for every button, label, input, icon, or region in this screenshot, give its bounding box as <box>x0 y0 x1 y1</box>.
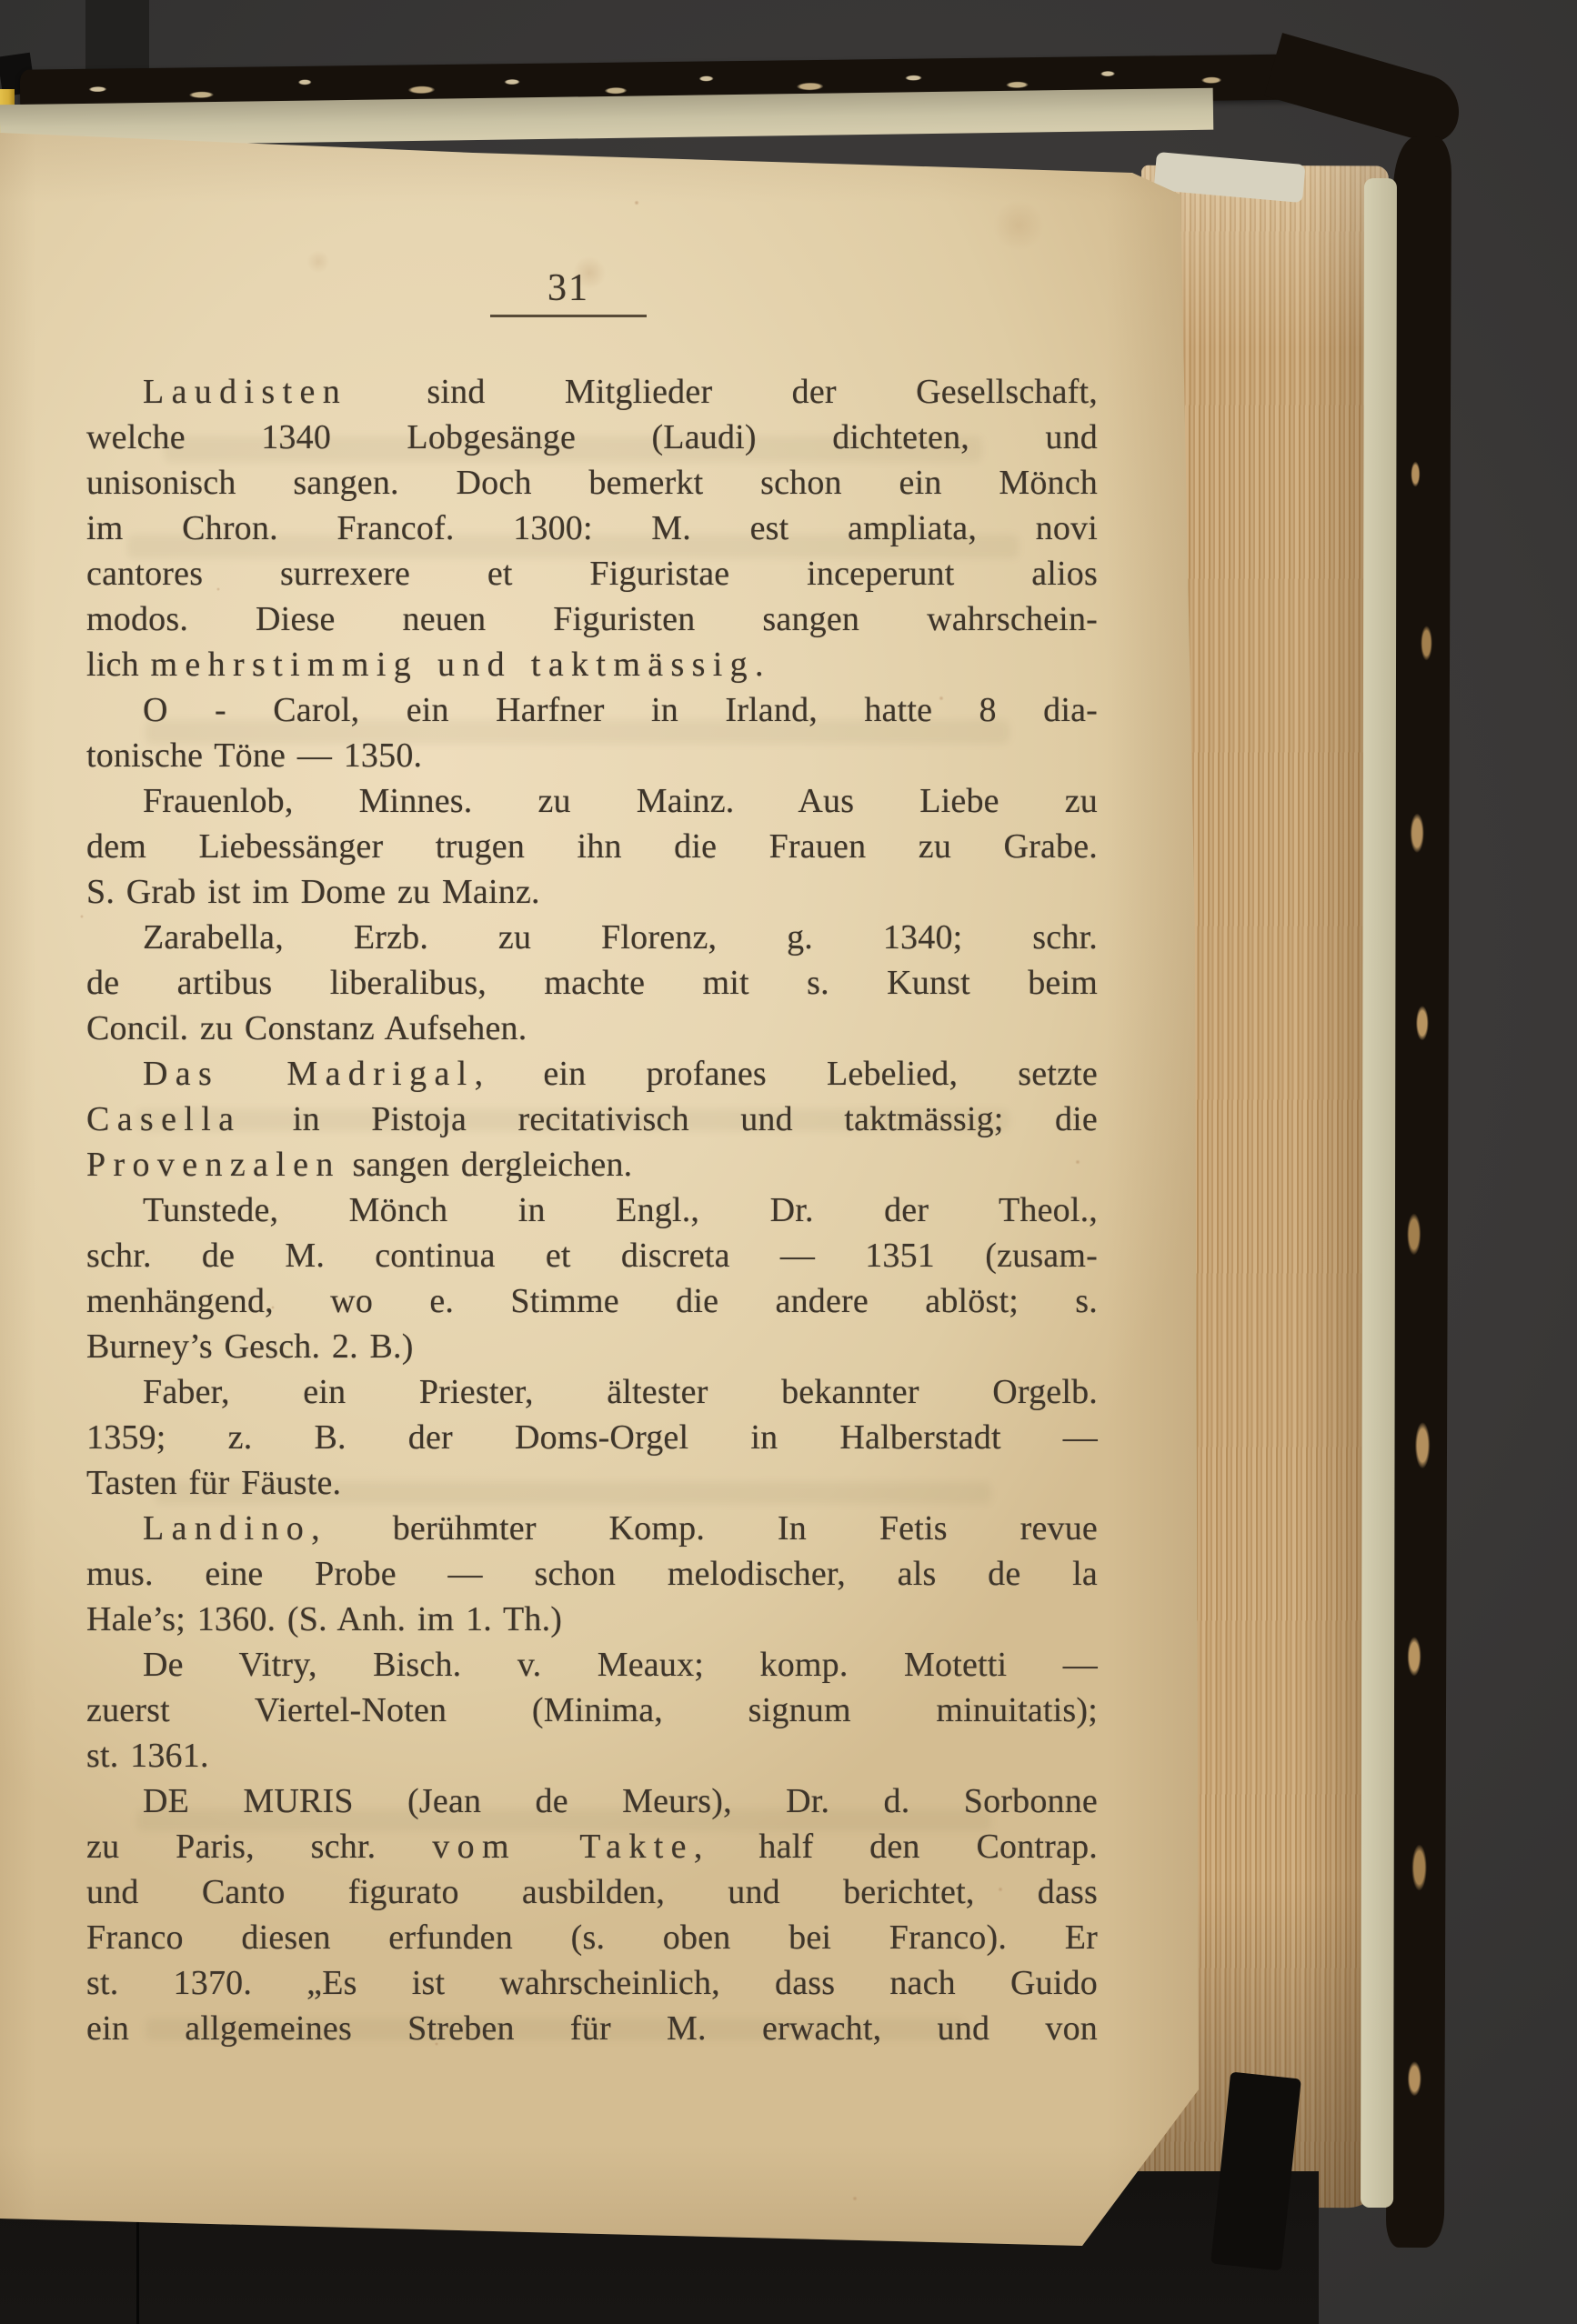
text-segment: zuerst Viertel-Noten (Minima, signum min… <box>86 1691 1098 1729</box>
text-segment: , ein profanes Lebelied, setzte <box>475 1055 1098 1093</box>
letterspaced-text: Provenzalen <box>86 1146 341 1184</box>
text-line: unisonisch sangen. Doch bemerkt schon ei… <box>86 460 1098 506</box>
text-segment: Tunstede, Mönch in Engl., Dr. der Theol.… <box>143 1191 1098 1229</box>
text-segment: de artibus liberalibus, machte mit s. Ku… <box>86 964 1098 1002</box>
text-segment: mus. eine Probe — schon melodischer, als… <box>86 1555 1098 1593</box>
text-line: S. Grab ist im Dome zu Mainz. <box>86 869 1098 915</box>
paragraph: O - Carol, ein Harfner in Irland, hatte … <box>86 687 1098 778</box>
text-line: Landino, berühmter Komp. In Fetis revue <box>86 1506 1098 1551</box>
paragraph: De Vitry, Bisch. v. Meaux; komp. Motetti… <box>86 1642 1098 1778</box>
text-line: und Canto figurato ausbilden, und berich… <box>86 1869 1098 1915</box>
text-segment: in Pistoja recitativisch und taktmässig;… <box>241 1100 1098 1138</box>
text-line: Hale’s; 1360. (S. Anh. im 1. Th.) <box>86 1597 1098 1642</box>
letterspaced-text: Landino <box>143 1509 311 1548</box>
text-line: 1359; z. B. der Doms-Orgel in Halberstad… <box>86 1415 1098 1460</box>
text-line: mus. eine Probe — schon melodischer, als… <box>86 1551 1098 1597</box>
text-line: lich mehrstimmig und taktmässig. <box>86 642 1098 687</box>
text-segment: Tasten für Fäuste. <box>86 1464 341 1502</box>
text-segment: Faber, ein Priester, ältester bekannter … <box>143 1373 1098 1411</box>
text-line: Franco diesen erfunden (s. oben bei Fran… <box>86 1915 1098 1960</box>
paragraph: Faber, ein Priester, ältester bekannter … <box>86 1369 1098 1506</box>
text-segment: S. Grab ist im Dome zu Mainz. <box>86 873 540 911</box>
text-line: De Vitry, Bisch. v. Meaux; komp. Motetti… <box>86 1642 1098 1688</box>
text-line: schr. de M. continua et discreta — 1351 … <box>86 1233 1098 1278</box>
text-segment: sangen dergleichen. <box>341 1146 633 1184</box>
text-segment: welche 1340 Lobgesänge (Laudi) dichteten… <box>86 418 1098 456</box>
text-line: cantores surrexere et Figuristae inceper… <box>86 551 1098 596</box>
text-line: O - Carol, ein Harfner in Irland, hatte … <box>86 687 1098 733</box>
text-segment: sind Mitglieder der Gesellschaft, <box>347 373 1098 411</box>
text-segment: O - Carol, ein Harfner in Irland, hatte … <box>143 691 1098 729</box>
text-segment: Frauenlob, Minnes. zu Mainz. Aus Liebe z… <box>143 782 1098 820</box>
text-line: welche 1340 Lobgesänge (Laudi) dichteten… <box>86 415 1098 460</box>
text-segment: cantores surrexere et Figuristae inceper… <box>86 555 1098 593</box>
text-line: Concil. zu Constanz Aufsehen. <box>86 1006 1098 1051</box>
text-block: Laudisten sind Mitglieder der Gesellscha… <box>86 369 1098 2051</box>
text-segment: Franco diesen erfunden (s. oben bei Fran… <box>86 1918 1098 1957</box>
paragraph: Frauenlob, Minnes. zu Mainz. Aus Liebe z… <box>86 778 1098 915</box>
text-line: Faber, ein Priester, ältester bekannter … <box>86 1369 1098 1415</box>
text-line: Zarabella, Erzb. zu Florenz, g. 1340; sc… <box>86 915 1098 960</box>
text-segment: modos. Diese neuen Figuristen sangen wah… <box>86 600 1098 638</box>
text-segment: , berühmter Komp. In Fetis revue <box>311 1509 1098 1548</box>
text-line: st. 1370. „Es ist wahrscheinlich, dass n… <box>86 1960 1098 2006</box>
text-segment: Burney’s Gesch. 2. B.) <box>86 1327 414 1366</box>
paragraph: Landino, berühmter Komp. In Fetis revuem… <box>86 1506 1098 1642</box>
letterspaced-text: Das Madrigal <box>143 1055 475 1093</box>
letterspaced-text: mehrstimmig und taktmässig. <box>150 646 770 684</box>
paragraph: Zarabella, Erzb. zu Florenz, g. 1340; sc… <box>86 915 1098 1051</box>
text-segment: tonische Töne — 1350. <box>86 736 422 775</box>
letterspaced-text: Laudisten <box>143 373 347 411</box>
text-line: modos. Diese neuen Figuristen sangen wah… <box>86 596 1098 642</box>
text-line: de artibus liberalibus, machte mit s. Ku… <box>86 960 1098 1006</box>
text-segment: Hale’s; 1360. (S. Anh. im 1. Th.) <box>86 1600 562 1638</box>
text-line: Casella in Pistoja recitativisch und tak… <box>86 1097 1098 1142</box>
text-line: ein allgemeines Streben für M. erwacht, … <box>86 2006 1098 2051</box>
text-segment: st. 1361. <box>86 1737 209 1775</box>
endpaper-edge <box>1361 178 1397 2208</box>
text-line: menhängend, wo e. Stimme die andere ablö… <box>86 1278 1098 1324</box>
page-number-block: 31 <box>473 267 664 317</box>
text-segment: zu Paris, schr. <box>86 1828 432 1866</box>
text-segment: Concil. zu Constanz Aufsehen. <box>86 1009 527 1047</box>
letterspaced-text: vom Takte <box>432 1828 694 1866</box>
text-line: Das Madrigal, ein profanes Lebelied, set… <box>86 1051 1098 1097</box>
paragraph: DE MURIS (Jean de Meurs), Dr. d. Sorbonn… <box>86 1778 1098 2051</box>
text-line: Frauenlob, Minnes. zu Mainz. Aus Liebe z… <box>86 778 1098 824</box>
text-line: Tasten für Fäuste. <box>86 1460 1098 1506</box>
shadow-seam <box>136 2219 139 2324</box>
text-segment: 1359; z. B. der Doms-Orgel in Halberstad… <box>86 1418 1098 1457</box>
text-line: dem Liebessänger trugen ihn die Frauen z… <box>86 824 1098 869</box>
text-line: Tunstede, Mönch in Engl., Dr. der Theol.… <box>86 1187 1098 1233</box>
text-line: zu Paris, schr. vom Takte, half den Cont… <box>86 1824 1098 1869</box>
text-segment: st. 1370. „Es ist wahrscheinlich, dass n… <box>86 1964 1098 2002</box>
text-line: st. 1361. <box>86 1733 1098 1778</box>
text-line: im Chron. Francof. 1300: M. est ampliata… <box>86 506 1098 551</box>
text-line: Provenzalen sangen dergleichen. <box>86 1142 1098 1187</box>
text-segment: unisonisch sangen. Doch bemerkt schon ei… <box>86 464 1098 502</box>
letterspaced-text: Casella <box>86 1100 241 1138</box>
text-segment: lich <box>86 646 150 684</box>
text-segment: menhängend, wo e. Stimme die andere ablö… <box>86 1282 1098 1320</box>
text-segment: dem Liebessänger trugen ihn die Frauen z… <box>86 827 1098 866</box>
paragraph: Tunstede, Mönch in Engl., Dr. der Theol.… <box>86 1187 1098 1369</box>
book-page: 31 Laudisten sind Mitglieder der Gesells… <box>0 116 1202 2273</box>
text-segment: Zarabella, Erzb. zu Florenz, g. 1340; sc… <box>143 918 1098 957</box>
paragraph: Das Madrigal, ein profanes Lebelied, set… <box>86 1051 1098 1187</box>
text-segment: DE MURIS (Jean de Meurs), Dr. d. Sorbonn… <box>143 1782 1098 1820</box>
paragraph: Laudisten sind Mitglieder der Gesellscha… <box>86 369 1098 687</box>
text-segment: ein allgemeines Streben für M. erwacht, … <box>86 2009 1098 2048</box>
page-number: 31 <box>473 267 664 309</box>
text-line: zuerst Viertel-Noten (Minima, signum min… <box>86 1688 1098 1733</box>
text-line: Burney’s Gesch. 2. B.) <box>86 1324 1098 1369</box>
text-segment: im Chron. Francof. 1300: M. est ampliata… <box>86 509 1098 547</box>
text-segment: De Vitry, Bisch. v. Meaux; komp. Motetti… <box>143 1646 1098 1684</box>
text-line: DE MURIS (Jean de Meurs), Dr. d. Sorbonn… <box>86 1778 1098 1824</box>
text-segment: , half den Contrap. <box>694 1828 1098 1866</box>
text-line: Laudisten sind Mitglieder der Gesellscha… <box>86 369 1098 415</box>
text-line: tonische Töne — 1350. <box>86 733 1098 778</box>
text-segment: und Canto figurato ausbilden, und berich… <box>86 1873 1098 1911</box>
text-segment: schr. de M. continua et discreta — 1351 … <box>86 1237 1098 1275</box>
page-number-rule <box>490 315 647 317</box>
